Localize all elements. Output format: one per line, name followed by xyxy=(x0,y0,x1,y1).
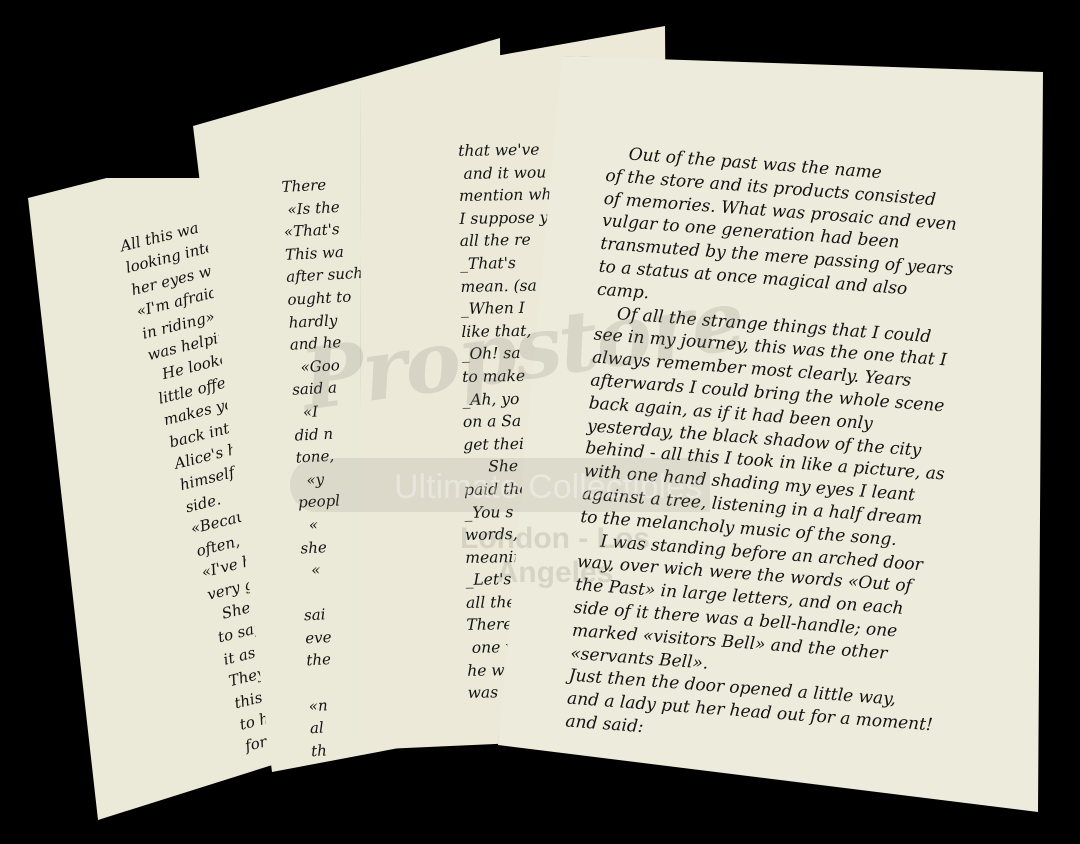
manuscript-page-4-front: Out of the past was the name of the stor… xyxy=(498,56,1043,816)
page-4-handwriting: Out of the past was the name of the stor… xyxy=(565,142,974,760)
